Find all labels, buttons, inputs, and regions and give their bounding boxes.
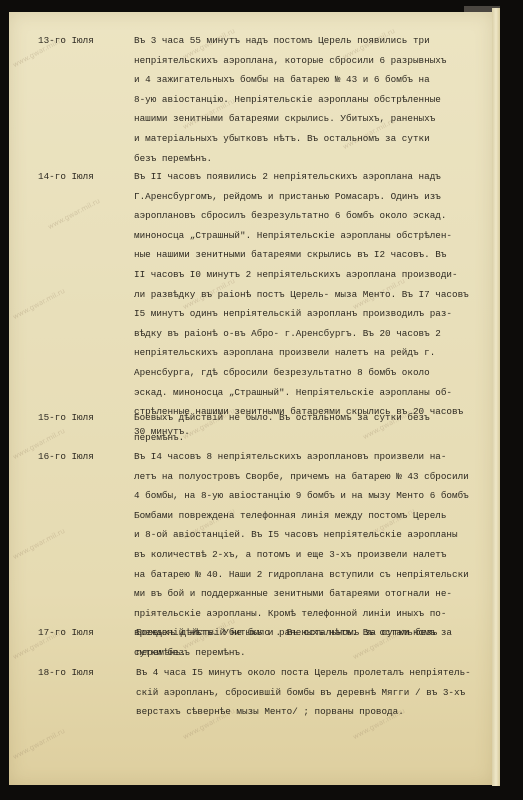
entry-date: 13-го Іюля — [38, 35, 94, 47]
entry-text-line: 8-ую авіостанцію. Непріятельскіе аэропла… — [134, 94, 441, 106]
entry-text-line: летъ на полуостровъ Сворбе, причемъ на б… — [134, 471, 469, 483]
entry-date: 15-го Іюля — [38, 412, 94, 424]
entry-text-line: въ количествѣ 2-хъ, а потомъ и еще 3-хъ … — [134, 549, 446, 561]
entry-text-line: непріятельскихъ аэроплана произвели нале… — [134, 347, 435, 359]
page-edge-strip — [492, 8, 500, 786]
entry-text-line: верстахъ сѣвернѣе мызы Менто/ ; порваны … — [136, 706, 404, 718]
entry-text-line: Г.Аренсбургомъ, рейдомъ и пристанью Рома… — [134, 191, 441, 203]
entry-text-line: ми въ бой и поддержанные зенитными батар… — [134, 588, 452, 600]
entry-text-line: Въ II часовъ появились 2 непріятельскихъ… — [134, 171, 441, 183]
entry-text-line: вѣдку въ раіонѣ о-въ Абро- г.Аренсбургъ.… — [134, 328, 441, 340]
entry-date: 18-го Іюля — [38, 667, 94, 679]
entry-text-line: пріятельскіе аэропланы. Кромѣ телефонной… — [134, 608, 446, 620]
entry-text-line: Бомбами повреждена телефонная линія межд… — [134, 510, 446, 522]
entry-date: 16-го Іюля — [38, 451, 94, 463]
entry-text-line: аэроплановъ сбросилъ безрезультатно 6 бо… — [134, 210, 446, 222]
entry-text-line: и 4 зажигательныхъ бомбы на батарею № 43… — [134, 74, 430, 86]
entry-text-line: Въ I4 часовъ 8 непріятельскихъ аэроплано… — [134, 451, 446, 463]
entry-text-line: миноносца „Страшный". Непріятельскіе аэр… — [134, 230, 452, 242]
entry-text-line: II часовъ I0 минутъ 2 непріятельскихъ аэ… — [134, 269, 458, 281]
entry-text-line: безъ перемѣнъ. — [134, 153, 212, 165]
entry-text-line: непріятельскихъ аэроплана, которые сброс… — [134, 55, 446, 67]
entry-date: 14-го Іюля — [38, 171, 94, 183]
entry-date: 17-го Іюля — [38, 627, 94, 639]
entry-text-line: Въ 3 часа 55 минутъ надъ постомъ Церель … — [134, 35, 430, 47]
entry-text-line: скій аэропланъ, сбросившій бомбы въ дере… — [136, 687, 465, 699]
entry-text-line: Боевыхъ дѣйствій не было. Въ остальномъ … — [134, 412, 430, 424]
entry-text-line: ли развѣдку въ раіонѣ постъ Церель- мыза… — [134, 289, 469, 301]
entry-text-line: Аренсбурга, гдѣ сбросили безрезультатно … — [134, 367, 430, 379]
entry-text-line: I5 минутъ одинъ непріятельскій аэропланъ… — [134, 308, 452, 320]
entry-text-line: 4 бомбы, на 8-ую авіостанцію 9 бомбъ и н… — [134, 490, 469, 502]
entry-text-line: перемѣнъ. — [134, 432, 184, 444]
entry-text-line: Въ 4 часа I5 минутъ около поста Церель п… — [136, 667, 471, 679]
entry-text-line: и матеріальныхъ убытковъ нѣтъ. Въ осталь… — [134, 133, 430, 145]
entry-text-line: ные нашими зенитными батареями скрылись … — [134, 249, 446, 261]
entry-text-line: и 8-ой авіостанціей. Въ I5 часовъ непрія… — [134, 529, 458, 541]
entry-text-line: перемѣнъ. — [136, 647, 186, 659]
entry-text-line: эскад. миноносца „Страшный". Непріятельс… — [134, 387, 452, 399]
entry-text-line: Боевыхъ дѣйствій не было . Въ остальномъ… — [136, 627, 437, 639]
entry-text-line: на батарею № 40. Наши 2 гидроплана вступ… — [134, 569, 469, 581]
entry-text-line: нашими зенитными батареями скрылись. Уби… — [134, 113, 435, 125]
